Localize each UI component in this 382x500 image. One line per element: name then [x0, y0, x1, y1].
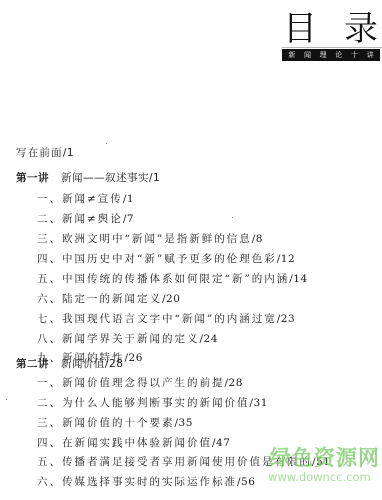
- page-number: /31: [250, 397, 268, 409]
- page-number: /14: [289, 273, 307, 285]
- scan-speck: [6, 399, 7, 400]
- series-char: 讲: [367, 49, 374, 61]
- section-title: 五、中国传统的传播体系如何限定“新”的内涵: [37, 273, 289, 285]
- toc-entry-preface[interactable]: 写在前面/1: [16, 146, 74, 160]
- entry-title: 写在前面: [16, 147, 63, 159]
- section-title: 四、中国历史中对“新”赋予更多的伦理色彩: [37, 253, 277, 265]
- section-title: 六、传媒选择事实时的实际运作标准: [37, 476, 237, 488]
- toc-section[interactable]: 四、中国历史中对“新”赋予更多的伦理色彩/12: [37, 252, 295, 266]
- chapter-title: 新闻——叙述事实: [61, 172, 149, 184]
- page-number: /8: [252, 233, 263, 245]
- scan-speck: [227, 235, 228, 236]
- series-char: 论: [335, 49, 342, 61]
- section-title: 六、陆定一的新闻定义: [37, 293, 162, 305]
- page-number: /26: [125, 352, 143, 364]
- page-number: /1: [123, 193, 134, 205]
- page-number: /23: [277, 313, 295, 325]
- toc-section[interactable]: 一、新闻价值理念得以产生的前提/28: [37, 376, 243, 390]
- scan-speck: [232, 217, 233, 218]
- toc-section[interactable]: 二、为什么人能够判断事实的新闻价值/31: [37, 396, 268, 410]
- page-number: /1: [149, 172, 160, 184]
- scan-speck: [145, 332, 146, 333]
- series-title-bar: 新 闻 理 论 十 讲: [282, 49, 380, 61]
- page-number: /47: [212, 437, 230, 449]
- toc-chapter-2[interactable]: 第二讲新闻价值/28: [16, 357, 123, 371]
- page-number: /7: [123, 213, 134, 225]
- page-number: /20: [162, 293, 180, 305]
- page-number: /28: [105, 358, 123, 370]
- page-number: /56: [237, 476, 255, 488]
- toc-heading-char: 录: [344, 10, 378, 48]
- heading-rule: [282, 47, 382, 48]
- toc-section[interactable]: 五、中国传统的传播体系如何限定“新”的内涵/14: [37, 272, 308, 286]
- section-title: 三、新闻价值的十个要素: [37, 417, 175, 429]
- section-title: 一、新闻≠宣传: [37, 193, 123, 205]
- series-char: 十: [351, 49, 358, 61]
- toc-chapter-1[interactable]: 第一讲新闻——叙述事实/1: [16, 171, 160, 185]
- page-number: /24: [200, 333, 218, 345]
- section-title: 七、我国现代语言文字中“新闻”的内涵过宽: [37, 313, 277, 325]
- page-number: /28: [225, 377, 243, 389]
- toc-section[interactable]: 七、我国现代语言文字中“新闻”的内涵过宽/23: [37, 312, 295, 326]
- section-title: 一、新闻价值理念得以产生的前提: [37, 377, 225, 389]
- toc-section[interactable]: 四、在新闻实践中体验新闻价值/47: [37, 436, 230, 450]
- toc-section[interactable]: 三、新闻价值的十个要素/35: [37, 416, 193, 430]
- chapter-number: 第一讲: [16, 171, 49, 185]
- scan-speck: [106, 143, 107, 144]
- site-watermark: 绿色资源网 www.downcc.com: [270, 446, 382, 484]
- page-number: /12: [277, 253, 295, 265]
- page-number: /35: [175, 417, 193, 429]
- toc-heading-char: 目: [283, 10, 317, 48]
- watermark-url: www.downcc.com: [268, 470, 382, 484]
- section-title: 八、新闻学界关于新闻的定义: [37, 333, 200, 345]
- toc-section[interactable]: 二、新闻≠舆论/7: [37, 212, 134, 226]
- page-number: /1: [63, 147, 74, 159]
- section-title: 二、为什么人能够判断事实的新闻价值: [37, 397, 250, 409]
- toc-section[interactable]: 三、欧洲文明中“新闻”是指新鲜的信息/8: [37, 232, 263, 246]
- section-title: 四、在新闻实践中体验新闻价值: [37, 437, 212, 449]
- section-title: 二、新闻≠舆论: [37, 213, 123, 225]
- toc-heading: 目 录: [283, 10, 378, 48]
- watermark-name: 绿色资源网: [270, 446, 382, 470]
- toc-section[interactable]: 六、陆定一的新闻定义/20: [37, 292, 180, 306]
- series-char: 理: [320, 49, 327, 61]
- section-title: 三、欧洲文明中“新闻”是指新鲜的信息: [37, 233, 252, 245]
- chapter-number: 第二讲: [16, 357, 49, 371]
- toc-section[interactable]: 一、新闻≠宣传/1: [37, 192, 134, 206]
- series-char: 闻: [304, 49, 311, 61]
- chapter-title: 新闻价值: [61, 358, 105, 370]
- series-char: 新: [288, 49, 295, 61]
- toc-section[interactable]: 八、新闻学界关于新闻的定义/24: [37, 332, 218, 346]
- toc-section[interactable]: 六、传媒选择事实时的实际运作标准/56: [37, 475, 255, 489]
